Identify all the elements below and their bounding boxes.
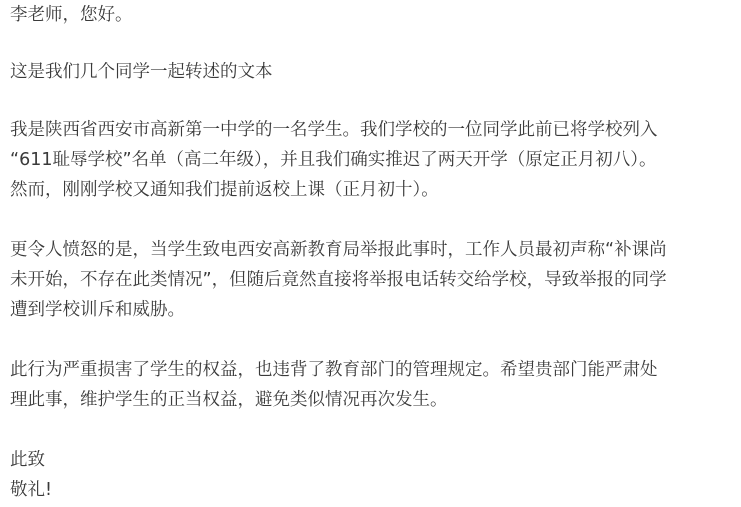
paragraph-3-line-2: 理此事，维护学生的正当权益，避免类似情况再次发生。 — [10, 385, 448, 415]
closing: 此致 — [10, 445, 45, 475]
paragraph-1-line-1: 我是陕西省西安市高新第一中学的一名学生。我们学校的一位同学此前已将学校列入 — [10, 115, 658, 145]
paragraph-3-line-1: 此行为严重损害了学生的权益，也违背了教育部门的管理规定。希望贵部门能严肃处 — [10, 355, 658, 385]
paragraph-2-line-2: 未开始，不存在此类情况”，但随后竟然直接将举报电话转交给学校，导致举报的同学 — [10, 265, 667, 295]
paragraph-1-line-3: 然而，刚刚学校又通知我们提前返校上课（正月初十）。 — [10, 175, 439, 205]
paragraph-2-line-3: 遭到学校训斥和威胁。 — [10, 295, 185, 325]
greeting: 李老师，您好。 — [10, 0, 133, 30]
intro-line: 这是我们几个同学一起转述的文本 — [10, 57, 273, 87]
paragraph-1-line-2: “611耻辱学校”名单（高二年级），并且我们确实推迟了两天开学（原定正月初八）。 — [10, 145, 657, 175]
salutation: 敬礼! — [10, 475, 52, 505]
paragraph-2-line-1: 更令人愤怒的是，当学生致电西安高新教育局举报此事时，工作人员最初声称“补课尚 — [10, 235, 667, 265]
